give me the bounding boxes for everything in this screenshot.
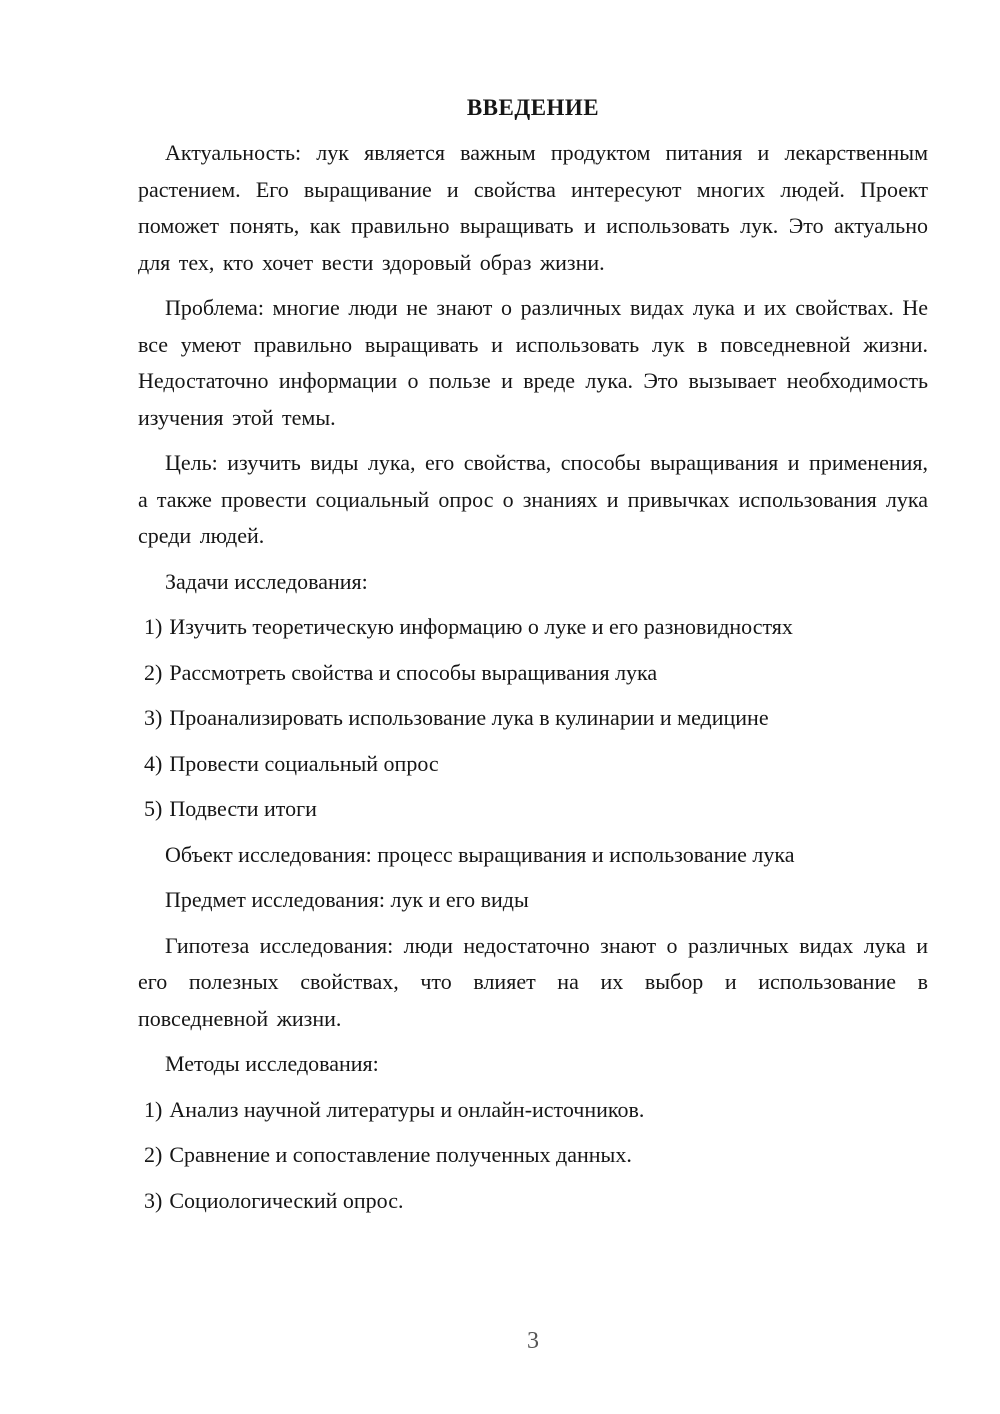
document-page: { "page": { "title": "ВВЕДЕНИЕ", "page_n… [0, 0, 1000, 1414]
method-item-1-marker: 1) [144, 1097, 162, 1122]
task-item-1: 1)Изучить теоретическую информацию о лук… [138, 609, 928, 646]
paragraph-hypothesis: Гипотеза исследования: люди недостаточно… [138, 928, 928, 1038]
task-item-3-text: Проанализировать использование лука в ку… [169, 705, 768, 730]
page-title: ВВЕДЕНИЕ [138, 92, 928, 124]
task-item-5-text: Подвести итоги [169, 796, 317, 821]
object-line: Объект исследования: процесс выращивания… [138, 837, 928, 874]
task-item-1-marker: 1) [144, 614, 162, 639]
method-item-2-text: Сравнение и сопоставление полученных дан… [169, 1142, 632, 1167]
paragraph-goal: Цель: изучить виды лука, его свойства, с… [138, 445, 928, 555]
task-item-5: 5)Подвести итоги [138, 791, 928, 828]
task-item-1-text: Изучить теоретическую информацию о луке … [169, 614, 793, 639]
task-item-4: 4)Провести социальный опрос [138, 746, 928, 783]
paragraph-problem: Проблема: многие люди не знают о различн… [138, 290, 928, 436]
task-item-2-text: Рассмотреть свойства и способы выращиван… [169, 660, 657, 685]
page-content: ВВЕДЕНИЕ Актуальность: лук является важн… [138, 92, 928, 1228]
paragraph-relevance: Актуальность: лук является важным продук… [138, 135, 928, 281]
task-item-3-marker: 3) [144, 705, 162, 730]
task-item-2-marker: 2) [144, 660, 162, 685]
method-item-2: 2)Сравнение и сопоставление полученных д… [138, 1137, 928, 1174]
task-item-4-text: Провести социальный опрос [169, 751, 438, 776]
task-item-2: 2)Рассмотреть свойства и способы выращив… [138, 655, 928, 692]
method-item-1-text: Анализ научной литературы и онлайн-источ… [169, 1097, 644, 1122]
method-item-3: 3)Социологический опрос. [138, 1183, 928, 1220]
tasks-heading: Задачи исследования: [138, 564, 928, 601]
methods-heading: Методы исследования: [138, 1046, 928, 1083]
method-item-1: 1)Анализ научной литературы и онлайн-ист… [138, 1092, 928, 1129]
method-item-2-marker: 2) [144, 1142, 162, 1167]
page-number: 3 [138, 1326, 928, 1356]
method-item-3-text: Социологический опрос. [169, 1188, 403, 1213]
task-item-3: 3)Проанализировать использование лука в … [138, 700, 928, 737]
method-item-3-marker: 3) [144, 1188, 162, 1213]
subject-line: Предмет исследования: лук и его виды [138, 882, 928, 919]
task-item-5-marker: 5) [144, 796, 162, 821]
task-item-4-marker: 4) [144, 751, 162, 776]
